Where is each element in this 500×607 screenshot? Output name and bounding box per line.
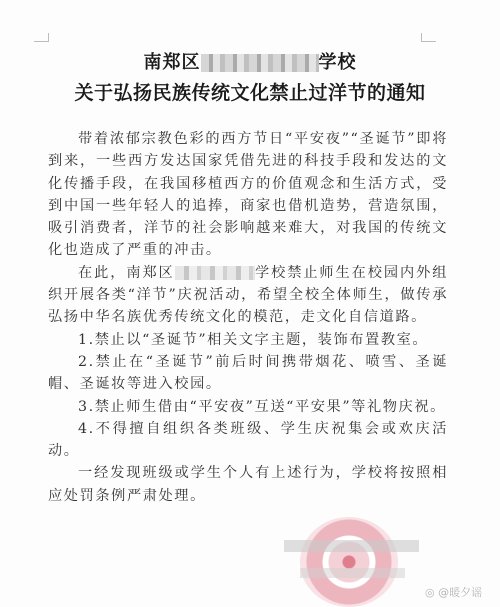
weibo-icon: ◎: [425, 586, 435, 599]
redacted-school-name: [175, 266, 255, 280]
document-title-school: 南郑区学校: [0, 48, 500, 74]
redacted-date: [300, 568, 405, 578]
weibo-watermark: ◎ @暖夕谣: [425, 584, 482, 600]
notice-prefix: 在此，南郑区: [78, 265, 175, 281]
watermark-handle: @暖夕谣: [438, 586, 482, 599]
redacted-school-name: [201, 54, 319, 72]
redacted-signature: [284, 540, 419, 552]
rule-2: 2.禁止在“圣诞节”前后时间携带烟花、喷雪、圣诞帽、圣诞妆等进入校园。: [48, 351, 448, 396]
official-seal-redacted: [300, 517, 398, 607]
paragraph-notice: 在此，南郑区学校禁止师生在校园内外组织开展各类“洋节”庆祝活动，希望全校全体师生…: [48, 262, 448, 329]
document-title: 关于弘扬民族传统文化禁止过洋节的通知: [0, 78, 500, 105]
title-school-suffix: 学校: [319, 52, 357, 73]
page-corner-mark: [421, 33, 436, 42]
rule-4: 4.不得擅自组织各类班级、学生庆祝集会或欢庆活动。: [48, 418, 448, 463]
paragraph-intro: 带着浓郁宗教色彩的西方节日“平安夜”“圣诞节”即将到来，一些西方发达国家凭借先进…: [48, 128, 448, 262]
title-district: 南郑区: [144, 52, 201, 73]
document-body: 带着浓郁宗教色彩的西方节日“平安夜”“圣诞节”即将到来，一些西方发达国家凭借先进…: [48, 128, 448, 507]
rule-3: 3.禁止师生借由“平安夜”互送“平安果”等礼物庆祝。: [48, 396, 448, 418]
paragraph-closing: 一经发现班级或学生个人有上述行为，学校将按照相应处罚条例严肃处理。: [48, 462, 448, 507]
page-corner-mark: [34, 33, 49, 42]
rule-1: 1.禁止以“圣诞节”相关文字主题，装饰布置教室。: [48, 329, 448, 351]
